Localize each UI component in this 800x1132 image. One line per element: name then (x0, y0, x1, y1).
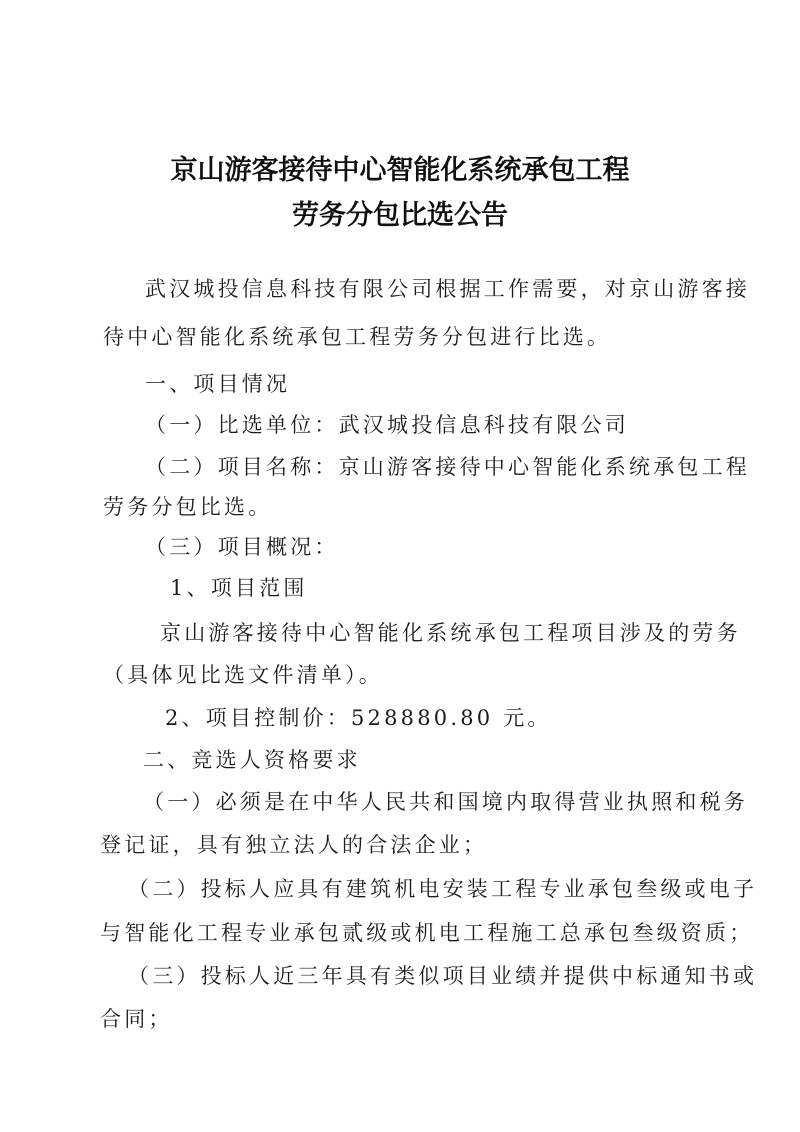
intro-line2: 待中心智能化系统承包工程劳务分包进行比选。 (103, 321, 611, 351)
sub1-body-line2: （具体见比选文件清单）。 (103, 659, 383, 689)
sub1-heading: 1、项目范围 (170, 572, 308, 602)
sub2-control-price: 2、项目控制价：528880.80 元。 (165, 702, 552, 732)
section2-item2-line1: （二）投标人应具有建筑机电安装工程专业承包叁级或电子 (128, 873, 757, 903)
section2-item3-line1: （三）投标人近三年具有类似项目业绩并提供中标通知书或 (128, 960, 757, 990)
section1-item2-line1: （二）项目名称：京山游客接待中心智能化系统承包工程 (145, 451, 750, 481)
document-title-line2: 劳务分包比选公告 (0, 193, 800, 232)
section2-heading: 二、竞选人资格要求 (143, 744, 361, 774)
section2-item1-line1: （一）必须是在中华人民共和国境内取得营业执照和税务 (143, 786, 748, 816)
intro-line1: 武汉城投信息科技有限公司根据工作需要，对京山游客接 (145, 273, 750, 303)
section1-item3: （三）项目概况： (145, 531, 339, 561)
section1-item1: （一）比选单位：武汉城投信息科技有限公司 (145, 409, 629, 439)
section1-item2-line2: 劳务分包比选。 (103, 491, 272, 521)
section2-item3-line2: 合同； (100, 1003, 173, 1033)
section1-heading: 一、项目情况 (145, 368, 290, 398)
section2-item2-line2: 与智能化工程专业承包贰级或机电工程施工总承包叁级资质； (100, 917, 753, 947)
section2-item1-line2: 登记证，具有独立法人的合法企业； (100, 829, 487, 859)
document-page: 京山游客接待中心智能化系统承包工程 劳务分包比选公告 武汉城投信息科技有限公司根… (0, 0, 800, 1132)
document-title-line1: 京山游客接待中心智能化系统承包工程 (0, 148, 800, 187)
sub1-body-line1: 京山游客接待中心智能化系统承包工程项目涉及的劳务 (160, 617, 741, 647)
